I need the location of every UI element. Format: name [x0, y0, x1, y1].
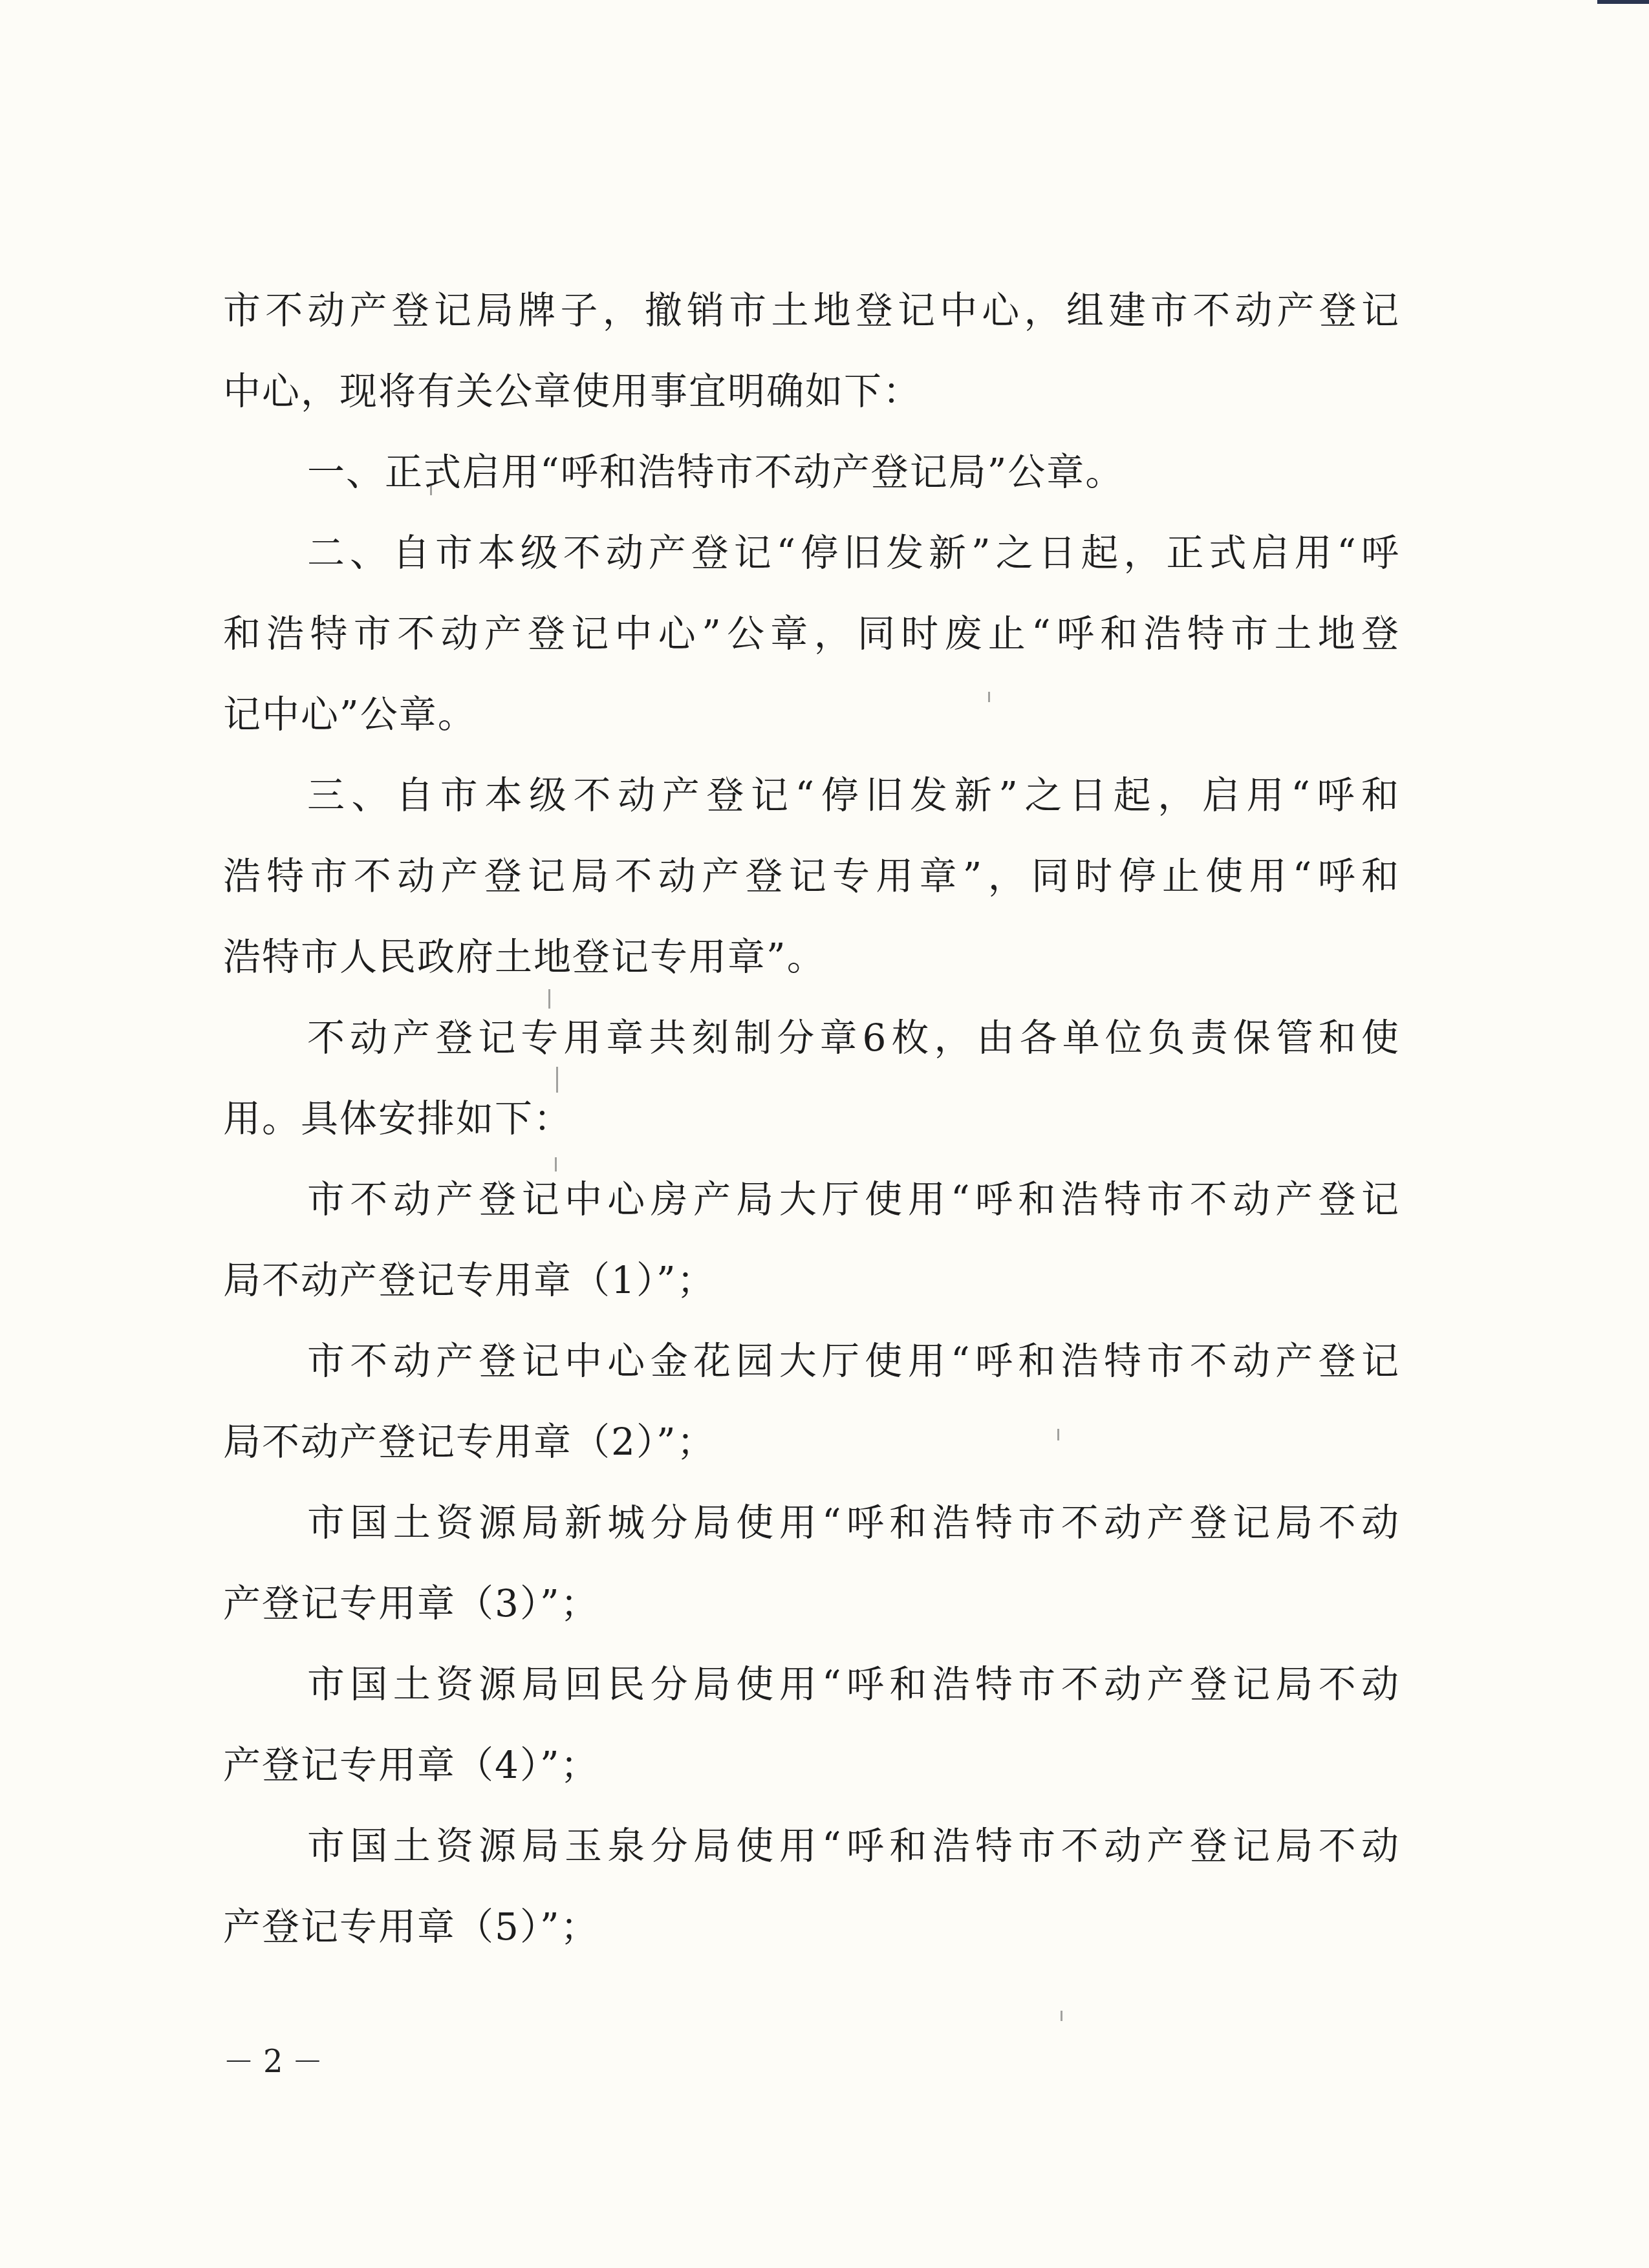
text-line: 市不动产登记局牌子，撤销市土地登记中心，组建市不动产登记	[223, 270, 1400, 351]
text-line: 记中心”公章。	[223, 674, 1400, 755]
text-line: 浩特市不动产登记局不动产登记专用章”，同时停止使用“呼和	[223, 836, 1400, 917]
text-line: 和浩特市不动产登记中心”公章，同时废止“呼和浩特市土地登	[223, 594, 1400, 674]
paragraph-item-1: 一、正式启用“呼和浩特市不动产登记局”公章。	[223, 432, 1400, 513]
scan-speck	[988, 692, 990, 702]
text-line: 产登记专用章（3）”；	[223, 1563, 1400, 1644]
paragraph-item-2: 二、自市本级不动产登记“停旧发新”之日起，正式启用“呼 和浩特市不动产登记中心”…	[223, 513, 1400, 755]
text-line: 市不动产登记中心金花园大厅使用“呼和浩特市不动产登记	[223, 1321, 1400, 1402]
text-line: 市国土资源局玉泉分局使用“呼和浩特市不动产登记局不动	[223, 1806, 1400, 1887]
text-line: 局不动产登记专用章（1）”；	[223, 1240, 1400, 1321]
text-line: 二、自市本级不动产登记“停旧发新”之日起，正式启用“呼	[223, 513, 1400, 594]
text-line: 市国土资源局新城分局使用“呼和浩特市不动产登记局不动	[223, 1482, 1400, 1563]
scan-speck	[556, 1067, 558, 1093]
text-line: 一、正式启用“呼和浩特市不动产登记局”公章。	[223, 432, 1400, 513]
text-line: 三、自市本级不动产登记“停旧发新”之日起，启用“呼和	[223, 755, 1400, 836]
text-line: 市不动产登记中心房产局大厅使用“呼和浩特市不动产登记	[223, 1159, 1400, 1240]
document-body: 市不动产登记局牌子，撤销市土地登记中心，组建市不动产登记 中心，现将有关公章使用…	[223, 270, 1400, 1967]
paragraph-seal-count: 不动产登记专用章共刻制分章6枚，由各单位负责保管和使 用。具体安排如下：	[223, 998, 1400, 1159]
text-line: 局不动产登记专用章（2）”；	[223, 1402, 1400, 1482]
page-number: －2－	[223, 2037, 332, 2081]
document-page: 市不动产登记局牌子，撤销市土地登记中心，组建市不动产登记 中心，现将有关公章使用…	[0, 0, 1649, 2268]
paragraph-seal-4: 市国土资源局回民分局使用“呼和浩特市不动产登记局不动 产登记专用章（4）”；	[223, 1644, 1400, 1806]
paragraph-seal-2: 市不动产登记中心金花园大厅使用“呼和浩特市不动产登记 局不动产登记专用章（2）”…	[223, 1321, 1400, 1482]
text-line: 不动产登记专用章共刻制分章6枚，由各单位负责保管和使	[223, 998, 1400, 1078]
scan-speck	[548, 989, 550, 1009]
text-line: 产登记专用章（5）”；	[223, 1887, 1400, 1967]
paragraph-seal-3: 市国土资源局新城分局使用“呼和浩特市不动产登记局不动 产登记专用章（3）”；	[223, 1482, 1400, 1644]
scan-speck	[1061, 2011, 1062, 2021]
scan-speck	[1057, 1429, 1059, 1440]
text-line: 浩特市人民政府土地登记专用章”。	[223, 917, 1400, 998]
text-line: 产登记专用章（4）”；	[223, 1725, 1400, 1806]
scan-speck	[430, 485, 432, 495]
paragraph-seal-5: 市国土资源局玉泉分局使用“呼和浩特市不动产登记局不动 产登记专用章（5）”；	[223, 1806, 1400, 1967]
text-line: 用。具体安排如下：	[223, 1078, 1400, 1159]
paragraph-continuation: 市不动产登记局牌子，撤销市土地登记中心，组建市不动产登记 中心，现将有关公章使用…	[223, 270, 1400, 432]
paragraph-item-3: 三、自市本级不动产登记“停旧发新”之日起，启用“呼和 浩特市不动产登记局不动产登…	[223, 755, 1400, 998]
paragraph-seal-1: 市不动产登记中心房产局大厅使用“呼和浩特市不动产登记 局不动产登记专用章（1）”…	[223, 1159, 1400, 1321]
text-line: 市国土资源局回民分局使用“呼和浩特市不动产登记局不动	[223, 1644, 1400, 1725]
text-line: 中心，现将有关公章使用事宜明确如下：	[223, 351, 1400, 432]
scan-speck	[555, 1157, 557, 1171]
scan-edge-artifact	[1597, 0, 1649, 4]
